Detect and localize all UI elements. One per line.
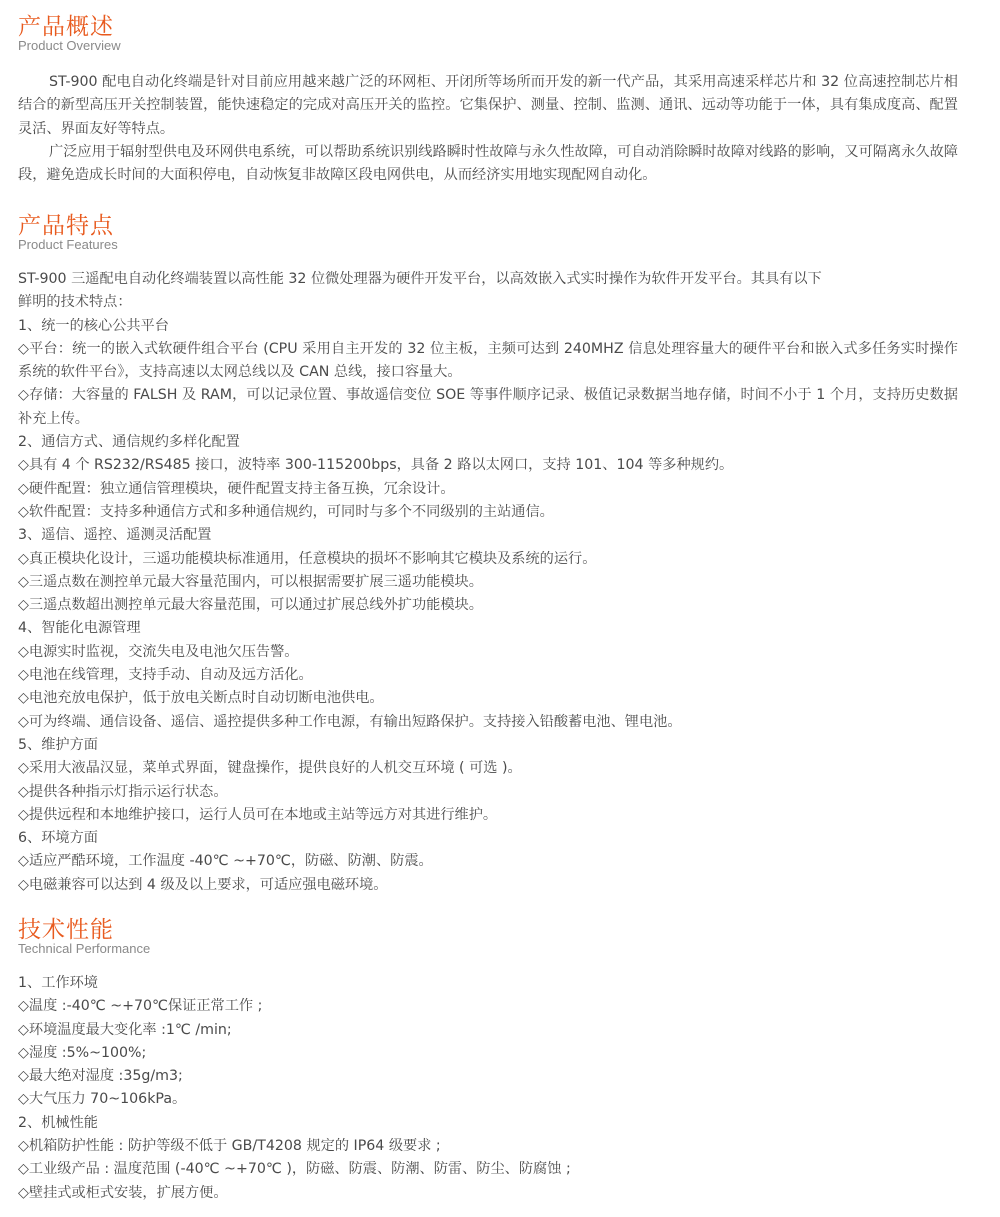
technical-title: 技术性能 xyxy=(18,917,114,943)
feature-group-heading: 2、通信方式、通信规约多样化配置 xyxy=(18,431,958,454)
overview-body: ST-900 配电自动化终端是针对目前应用越来越广泛的环网柜、开闭所等场所而开发… xyxy=(18,71,958,187)
feature-item: ◇提供各种指示灯指示运行状态。 xyxy=(18,781,958,804)
technical-item: ◇最大绝对湿度 :35g/m3; xyxy=(18,1065,958,1088)
feature-group-heading: 3、遥信、遥控、遥测灵活配置 xyxy=(18,524,958,547)
feature-item: ◇具有 4 个 RS232/RS485 接口，波特率 300-115200bps… xyxy=(18,454,958,477)
feature-group-heading: 6、环境方面 xyxy=(18,827,958,850)
technical-body: 1、工作环境 ◇温度 :-40℃ ~+70℃保证正常工作 ; ◇环境温度最大变化… xyxy=(18,972,958,1205)
feature-item: ◇真正模块化设计，三遥功能模块标准通用，任意模块的损坏不影响其它模块及系统的运行… xyxy=(18,548,958,571)
feature-item: ◇电源实时监视，交流失电及电池欠压告警。 xyxy=(18,641,958,664)
feature-item: ◇采用大液晶汉显，菜单式界面，键盘操作，提供良好的人机交互环境 ( 可选 )。 xyxy=(18,757,958,780)
features-body: ST-900 三遥配电自动化终端装置以高性能 32 位微处理器为硬件开发平台，以… xyxy=(18,268,958,897)
technical-item: ◇温度 :-40℃ ~+70℃保证正常工作 ; xyxy=(18,995,958,1018)
technical-item: ◇工业级产品 : 温度范围 (-40℃ ~+70℃ )，防磁、防震、防潮、防雷、… xyxy=(18,1158,958,1181)
features-intro: 鲜明的技术特点： xyxy=(18,291,958,314)
technical-item: ◇环境温度最大变化率 :1℃ /min; xyxy=(18,1019,958,1042)
feature-item: ◇适应严酷环境，工作温度 -40℃ ~+70℃，防磁、防潮、防震。 xyxy=(18,850,958,873)
feature-item: ◇存储：大容量的 FALSH 及 RAM，可以记录位置、事故遥信变位 SOE 等… xyxy=(18,384,958,431)
features-title: 产品特点 xyxy=(18,213,114,239)
technical-item: ◇湿度 :5%~100%; xyxy=(18,1042,958,1065)
feature-group-heading: 1、统一的核心公共平台 xyxy=(18,315,958,338)
feature-item: ◇电池充放电保护，低于放电关断点时自动切断电池供电。 xyxy=(18,687,958,710)
technical-subtitle: Technical Performance xyxy=(18,941,150,956)
feature-item: ◇平台：统一的嵌入式软硬件组合平台 (CPU 采用自主开发的 32 位主板，主频… xyxy=(18,338,958,385)
feature-item: ◇电池在线管理，支持手动、自动及远方活化。 xyxy=(18,664,958,687)
feature-item: ◇三遥点数在测控单元最大容量范围内，可以根据需要扩展三遥功能模块。 xyxy=(18,571,958,594)
overview-paragraph: ST-900 配电自动化终端是针对目前应用越来越广泛的环网柜、开闭所等场所而开发… xyxy=(18,71,958,141)
technical-group-heading: 2、机械性能 xyxy=(18,1112,958,1135)
overview-title: 产品概述 xyxy=(18,14,114,40)
feature-item: ◇三遥点数超出测控单元最大容量范围，可以通过扩展总线外扩功能模块。 xyxy=(18,594,958,617)
technical-item: ◇大气压力 70~106kPa。 xyxy=(18,1088,958,1111)
feature-item: ◇电磁兼容可以达到 4 级及以上要求，可适应强电磁环境。 xyxy=(18,874,958,897)
feature-item: ◇可为终端、通信设备、遥信、遥控提供多种工作电源，有输出短路保护。支持接入铅酸蓄… xyxy=(18,711,958,734)
technical-group-heading: 1、工作环境 xyxy=(18,972,958,995)
features-intro: ST-900 三遥配电自动化终端装置以高性能 32 位微处理器为硬件开发平台，以… xyxy=(18,268,958,291)
technical-item: ◇机箱防护性能 : 防护等级不低于 GB/T4208 规定的 IP64 级要求 … xyxy=(18,1135,958,1158)
feature-item: ◇硬件配置：独立通信管理模块，硬件配置支持主备互换，冗余设计。 xyxy=(18,478,958,501)
overview-paragraph: 广泛应用于辐射型供电及环网供电系统，可以帮助系统识别线路瞬时性故障与永久性故障，… xyxy=(18,141,958,188)
overview-subtitle: Product Overview xyxy=(18,38,121,53)
feature-item: ◇提供远程和本地维护接口，运行人员可在本地或主站等远方对其进行维护。 xyxy=(18,804,958,827)
feature-group-heading: 4、智能化电源管理 xyxy=(18,617,958,640)
feature-item: ◇软件配置：支持多种通信方式和多种通信规约，可同时与多个不同级别的主站通信。 xyxy=(18,501,958,524)
features-subtitle: Product Features xyxy=(18,237,118,252)
feature-group-heading: 5、维护方面 xyxy=(18,734,958,757)
technical-item: ◇壁挂式或柜式安装，扩展方便。 xyxy=(18,1182,958,1205)
